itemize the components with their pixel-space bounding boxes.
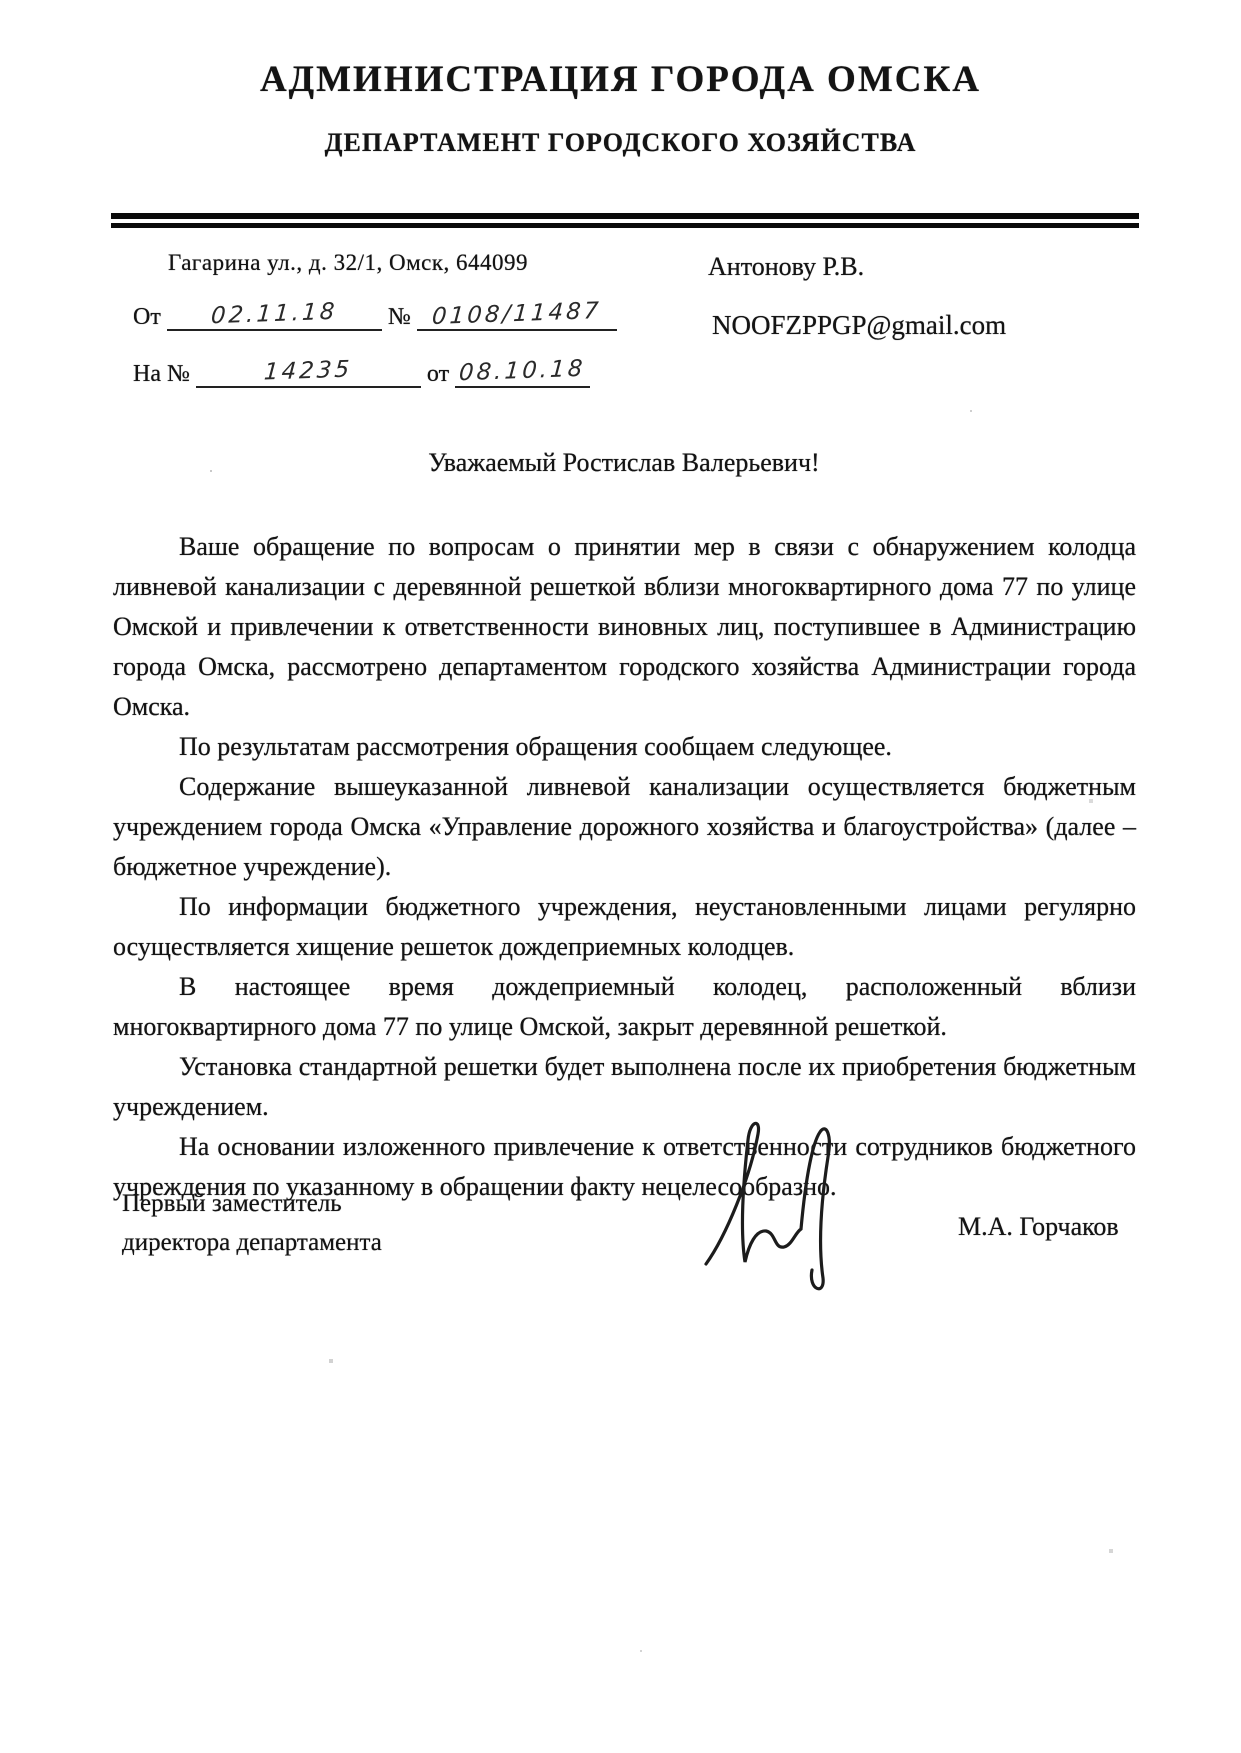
ref-number-label: № bbox=[388, 304, 411, 330]
org-subtitle: ДЕПАРТАМЕНТ ГОРОДСКОГО ХОЗЯЙСТВА bbox=[0, 128, 1241, 158]
body-paragraph: Содержание вышеуказанной ливневой канали… bbox=[113, 767, 1136, 887]
body-paragraph: По результатам рассмотрения обращения со… bbox=[113, 727, 1136, 767]
signer-name: М.А. Горчаков bbox=[958, 1212, 1119, 1242]
ref-reply-number-field: 14235 bbox=[196, 358, 421, 388]
body-paragraph: По информации бюджетного учреждения, неу… bbox=[113, 887, 1136, 967]
ref-incoming-line: На № 14235 от 08.10.18 bbox=[133, 358, 590, 388]
ref-number-handwriting: 0108/11487 bbox=[431, 298, 602, 330]
letterhead-divider bbox=[111, 213, 1139, 228]
letter-page: АДМИНИСТРАЦИЯ ГОРОДА ОМСКА ДЕПАРТАМЕНТ Г… bbox=[0, 0, 1241, 1753]
ref-outgoing-line: От 02.11.18 № 0108/11487 bbox=[133, 301, 617, 331]
ref-reply-date-label: от bbox=[427, 361, 449, 387]
body-paragraph: Ваше обращение по вопросам о принятии ме… bbox=[113, 527, 1136, 727]
letter-body: Ваше обращение по вопросам о принятии ме… bbox=[113, 527, 1136, 1207]
scan-noise bbox=[210, 470, 212, 472]
addressee-name: Антонову Р.В. bbox=[708, 252, 864, 282]
ref-number-field: 0108/11487 bbox=[417, 301, 617, 331]
signer-position: Первый заместитель директора департамент… bbox=[122, 1184, 382, 1262]
signature-scribble-icon bbox=[698, 1112, 888, 1292]
body-paragraph: В настоящее время дождеприемный колодец,… bbox=[113, 967, 1136, 1047]
signer-position-line1: Первый заместитель bbox=[122, 1184, 382, 1223]
body-paragraph: Установка стандартной решетки будет выпо… bbox=[113, 1047, 1136, 1127]
salutation: Уважаемый Ростислав Валерьевич! bbox=[113, 448, 1135, 478]
ref-from-date-field: 02.11.18 bbox=[167, 301, 382, 331]
org-title: АДМИНИСТРАЦИЯ ГОРОДА ОМСКА bbox=[0, 58, 1241, 101]
ref-reply-date-handwriting: 08.10.18 bbox=[458, 356, 586, 386]
ref-from-date-handwriting: 02.11.18 bbox=[210, 299, 338, 329]
sender-address: Гагарина ул., д. 32/1, Омск, 644099 bbox=[168, 250, 528, 276]
ref-reply-label: На № bbox=[133, 361, 190, 387]
signer-position-line2: директора департамента bbox=[122, 1223, 382, 1262]
ref-from-label: От bbox=[133, 304, 161, 330]
addressee-email: NOOFZPPGP@gmail.com bbox=[712, 310, 1006, 341]
ref-reply-date-field: 08.10.18 bbox=[455, 358, 590, 388]
ref-reply-number-handwriting: 14235 bbox=[263, 356, 353, 385]
